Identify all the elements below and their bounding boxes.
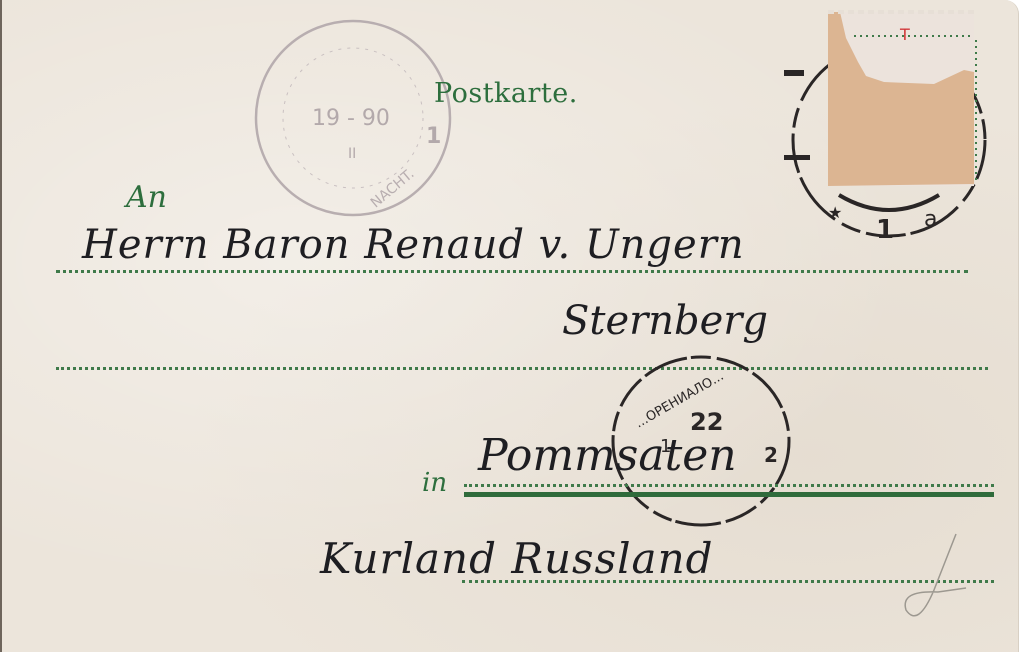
svg-text:a: a: [924, 207, 937, 232]
faint-postmark: 19 - 90 II 1 NACHT.: [250, 18, 456, 218]
torn-stamp-remnant: T: [824, 10, 980, 186]
in-label: in: [422, 468, 447, 498]
postcard-back: 19 - 90 II 1 NACHT. Postkarte. ★ 1 a T A…: [0, 0, 1019, 652]
postcard-title: Postkarte.: [434, 78, 578, 109]
address-line-3-underline: [464, 492, 994, 497]
address-line-town: Pommsaten: [478, 430, 737, 481]
svg-text:2: 2: [764, 443, 778, 467]
address-line-2-rule: [56, 367, 988, 370]
address-line-1-rule: [56, 270, 968, 273]
to-label: An: [126, 180, 167, 215]
pencil-mark: [898, 530, 968, 630]
svg-text:T: T: [899, 25, 910, 44]
svg-text:1: 1: [876, 215, 894, 245]
svg-text:★: ★: [828, 203, 842, 222]
address-line-region: Kurland Russland: [320, 534, 714, 583]
svg-text:II: II: [348, 146, 356, 162]
address-line-estate: Sternberg: [562, 298, 768, 344]
address-line-3-rule: [464, 484, 994, 487]
svg-text:NACHT.: NACHT.: [368, 166, 418, 211]
address-line-name: Herrn Baron Renaud v. Ungern: [82, 222, 745, 268]
faint-postmark-date: 19 - 90: [312, 106, 390, 131]
svg-text:1: 1: [426, 124, 441, 149]
